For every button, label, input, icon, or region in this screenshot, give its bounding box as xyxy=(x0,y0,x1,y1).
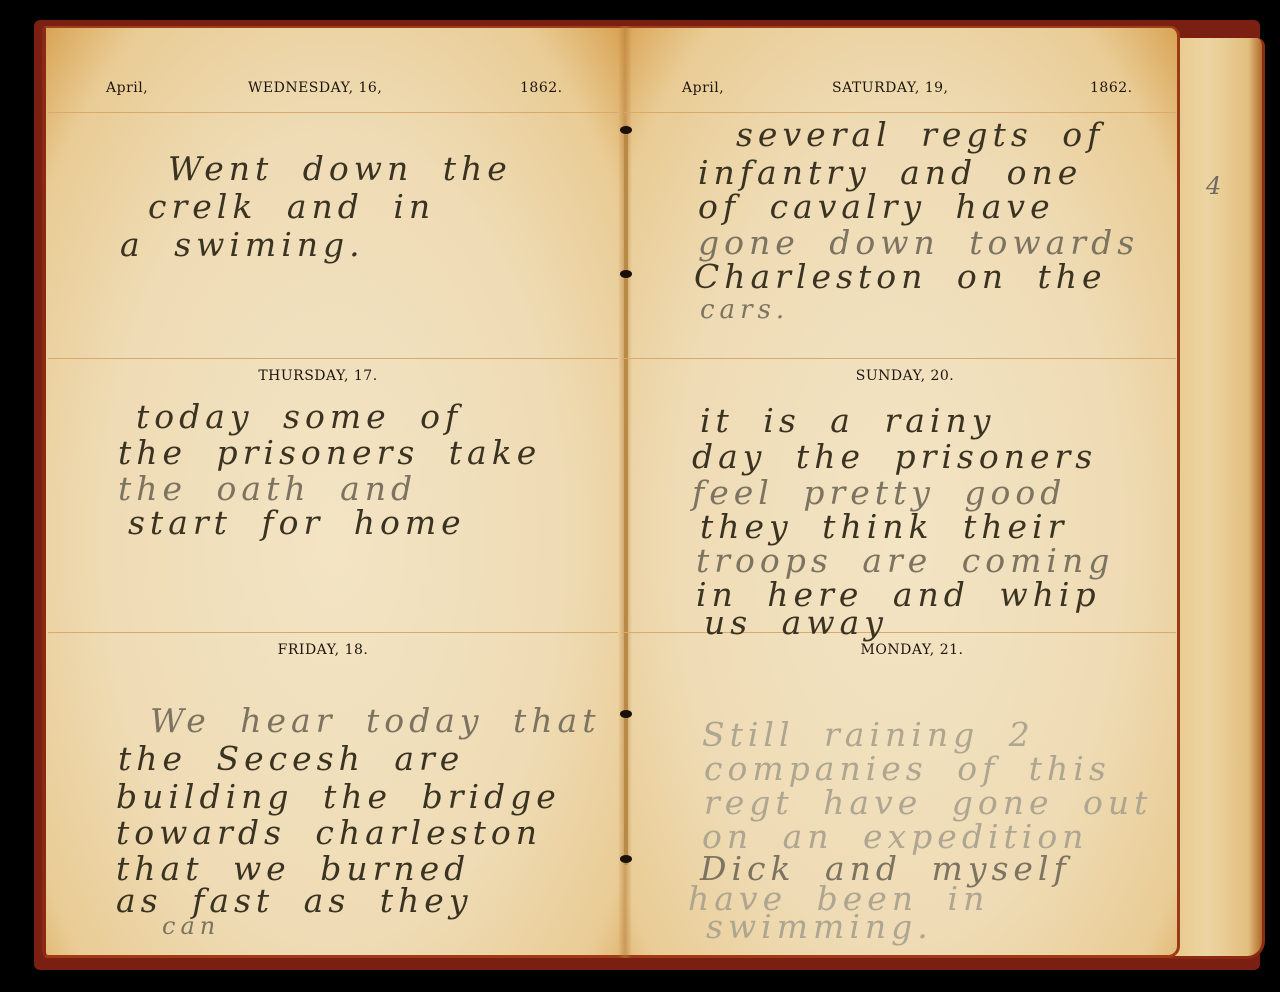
entry-line: feel pretty good xyxy=(692,476,1066,509)
left-header-day: WEDNESDAY, 16, xyxy=(248,80,382,96)
entry-line: swimming. xyxy=(706,910,933,943)
entry-line: Went down the xyxy=(168,152,512,185)
left-header-month: April, xyxy=(106,80,148,96)
day-label-monday: MONDAY, 21. xyxy=(861,642,964,658)
entry-line: building the bridge xyxy=(116,780,561,813)
pencil-mark: 4 xyxy=(1206,172,1221,200)
entry-line: it is a rainy xyxy=(700,404,995,437)
binding-stitch xyxy=(620,270,632,278)
entry-line: Still raining 2 xyxy=(702,718,1035,751)
binding-stitch xyxy=(620,710,632,718)
entry-line: the oath and xyxy=(118,472,417,505)
entry-line: of cavalry have xyxy=(698,190,1055,223)
entry-line: they think their xyxy=(700,510,1068,543)
entry-line: infantry and one xyxy=(698,156,1082,189)
entry-line: cars. xyxy=(700,294,789,327)
right-header-month: April, xyxy=(682,80,724,96)
entry-line: us away xyxy=(704,606,888,639)
binding-stitch xyxy=(620,126,632,134)
entry-line: today some of xyxy=(136,400,462,433)
binding-thread xyxy=(624,125,628,865)
entry-line: regt have gone out xyxy=(704,786,1152,819)
entry-line: companies of this xyxy=(704,752,1111,785)
entry-line: the prisoners take xyxy=(118,436,541,469)
day-label-sunday: SUNDAY, 20. xyxy=(856,368,955,384)
section-rule xyxy=(624,358,1176,359)
entry-line: Charleston on the xyxy=(694,260,1107,293)
entry-line: a swiming. xyxy=(120,228,365,261)
header-rule xyxy=(624,112,1176,113)
entry-line: can xyxy=(162,910,220,943)
right-header-year: 1862. xyxy=(1090,80,1133,96)
day-label-thursday: THURSDAY, 17. xyxy=(258,368,377,384)
section-rule xyxy=(48,632,618,633)
left-header-year: 1862. xyxy=(520,80,563,96)
section-rule xyxy=(48,358,618,359)
diary-photo: April, WEDNESDAY, 16, 1862. April, SATUR… xyxy=(0,0,1280,992)
entry-line: several regts of xyxy=(736,118,1104,151)
entry-line: start for home xyxy=(128,506,466,539)
right-header-day: SATURDAY, 19, xyxy=(832,80,948,96)
entry-line: We hear today that xyxy=(150,704,600,737)
entry-line: day the prisoners xyxy=(692,440,1097,473)
entry-line: the Secesh are xyxy=(118,742,464,775)
day-label-friday: FRIDAY, 18. xyxy=(278,642,369,658)
entry-line: gone down towards xyxy=(698,226,1139,259)
entry-line: towards charleston xyxy=(116,816,542,849)
binding-stitch xyxy=(620,855,632,863)
entry-line: troops are coming xyxy=(696,544,1114,577)
header-rule xyxy=(48,112,618,113)
entry-line: crelk and in xyxy=(148,190,435,223)
